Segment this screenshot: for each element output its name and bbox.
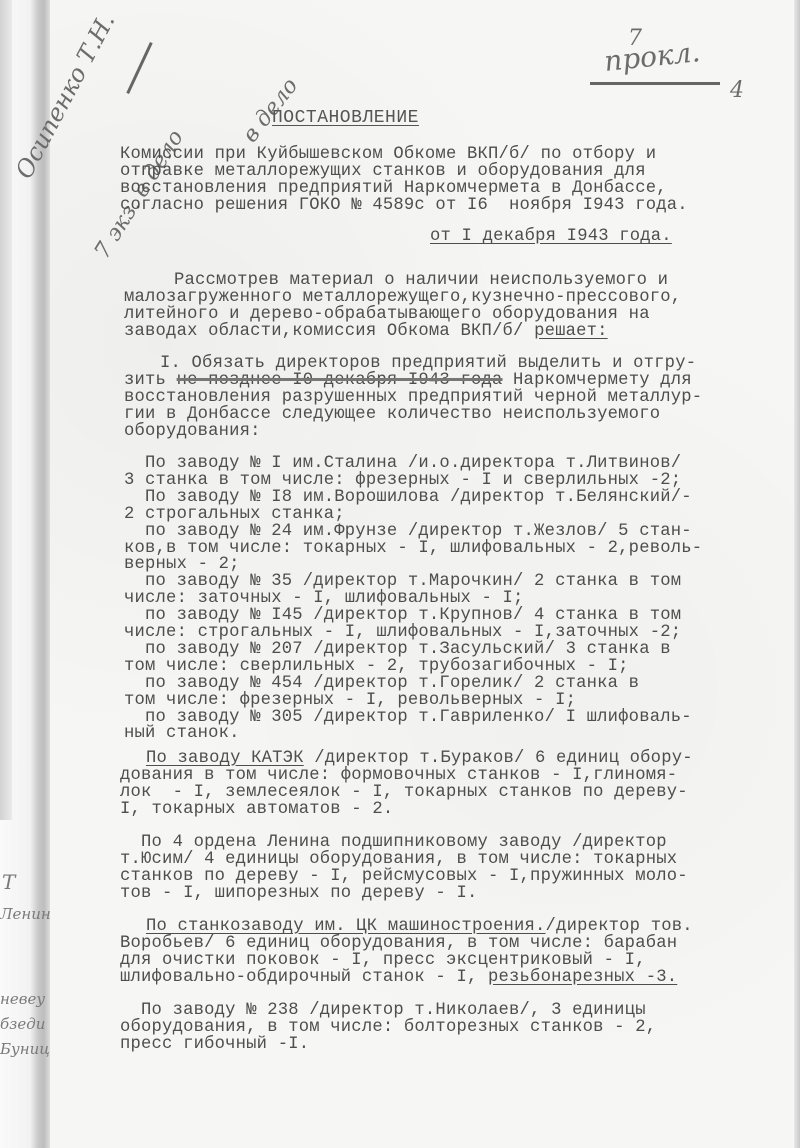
machine-tool-line: Воробьев/ 6 единиц оборудования, в том ч… (120, 935, 677, 952)
factory-line: по заводу № 305 /директор т.Гавриленко/ … (124, 709, 692, 726)
machine-tool-line: для очистки поковок - I, пресс эксцентри… (120, 952, 646, 969)
item1-line: зить не позднее I0 декабря I943 года Нар… (124, 372, 692, 389)
plant-238-line: пресс гибочный -I. (120, 1036, 309, 1053)
handwritten-underline (590, 82, 720, 85)
factory-line: том числе: сверлильных - 2, трубозагибоч… (124, 658, 629, 675)
decision-word: решает: (534, 322, 608, 341)
margin-note-4: бзеди (0, 1015, 45, 1033)
preamble-line: отправке металлорежущих станков и оборуд… (120, 163, 646, 180)
bearing-plant-line: тов - I, шипорезных по дереву - I. (120, 885, 477, 902)
item1-line: оборудования: (124, 423, 261, 440)
factory-line: по заводу № 35 /директор т.Марочкин/ 2 с… (124, 573, 681, 590)
factory-line: по заводу № 24 им.Фрунзе /директор т.Жез… (124, 523, 692, 540)
machine-tool-line: По станкозаводу им. ЦК машиностроения./д… (146, 918, 693, 935)
intro-line: литейного и дерево-обрабатывающего обору… (124, 306, 650, 323)
factory-line: По заводу № I8 им.Ворошилова /директор т… (124, 489, 692, 506)
factory-line: числе: заточных - I, шлифовальных - I; (124, 590, 524, 607)
factory-line: числе: строгальных - I, шлифовальных - I… (124, 624, 681, 641)
bearing-plant-line: По 4 ордена Ленина подшипниковому заводу… (120, 834, 667, 851)
margin-note-1: Т (2, 870, 15, 894)
factory-line: по заводу № 454 /директор т.Горелик/ 2 с… (124, 675, 639, 692)
page-edge-shadow (0, 0, 12, 820)
factory-line: 3 станка в том числе: фрезерных - I и св… (124, 472, 681, 489)
intro-line: малозагруженного металлорежущего,кузнечн… (124, 289, 681, 306)
intro-line: заводах области,комиссия Обкома ВКП/б/ р… (124, 323, 608, 340)
margin-note-2: Ленин (0, 905, 51, 923)
katek-line: I, токарных автоматов - 2. (120, 801, 393, 818)
document-page: 7 прокл. 4 Осипенко Т.Н. 7 экз. в дело в… (0, 0, 800, 1148)
item1-line: гии в Донбассе следующее количество неис… (124, 406, 660, 423)
preamble-line: Комиссии при Куйбышевском Обкоме ВКП/б/ … (120, 146, 656, 163)
factory-line: ков,в том числе: токарных - I, шлифоваль… (124, 540, 702, 557)
katek-line: дования в том числе: формовочных станков… (120, 767, 677, 784)
factory-line: 2 строгальных станка; (124, 506, 345, 523)
factory-line: том числе: фрезерных - I, револьверных -… (124, 692, 576, 709)
katek-line: лок - I, землесеялок - I, токарных станк… (120, 784, 688, 801)
machine-tool-text: шлифовально-обдирочный станок - I, (120, 968, 488, 987)
plant-238-line: По заводу № 238 /директор т.Николаев/, 3… (120, 1002, 646, 1019)
intro-text: заводах области,комиссия Обкома ВКП/б/ (124, 322, 534, 341)
machine-tool-line: шлифовально-обдирочный станок - I, резьб… (120, 969, 677, 986)
preamble-line: восстановления предприятий Наркомчермета… (120, 180, 667, 197)
margin-note-5: Буниц (0, 1040, 50, 1058)
intro-line: Рассмотрев материал о наличии неиспользу… (174, 272, 668, 289)
handwritten-note-top-right: прокл. (603, 35, 702, 78)
katek-line: По заводу КАТЭК /директор т.Бураков/ 6 е… (146, 750, 693, 767)
document-title: ПОСТАНОВЛЕНИЕ (272, 108, 419, 128)
item1-line: восстановления разрушенных предприятий ч… (124, 389, 702, 406)
factory-line: По заводу № I им.Сталина /и.о.директора … (124, 455, 681, 472)
machine-tool-underlined: резьбонарезных -3. (488, 968, 677, 987)
factory-line: верных - 2; (124, 556, 240, 573)
preamble-line: согласно решения ГОКО № 4589с от I6 нояб… (120, 197, 688, 214)
item1-line: I. Обязать директоров предприятий выдели… (160, 355, 696, 372)
bearing-plant-line: т.Юсим/ 4 единицы оборудования, в том чи… (120, 851, 677, 868)
plant-238-line: оборудования, в том числе: болторезных с… (120, 1019, 656, 1036)
document-date: от I декабря I943 года. (430, 228, 672, 245)
factory-line: по заводу № I45 /директор т.Крупнов/ 4 с… (124, 607, 681, 624)
bearing-plant-line: станков по дереву - I, рейсмусовых - I,п… (120, 868, 688, 885)
handwritten-suffix: 4 (730, 78, 744, 103)
handwritten-slash (126, 42, 152, 94)
factory-line: по заводу № 207 /директор т.Засульский/ … (124, 641, 671, 658)
factory-line: ный станок. (124, 725, 240, 742)
right-page-edge (794, 0, 800, 1148)
margin-note-3: невеу (0, 990, 45, 1008)
